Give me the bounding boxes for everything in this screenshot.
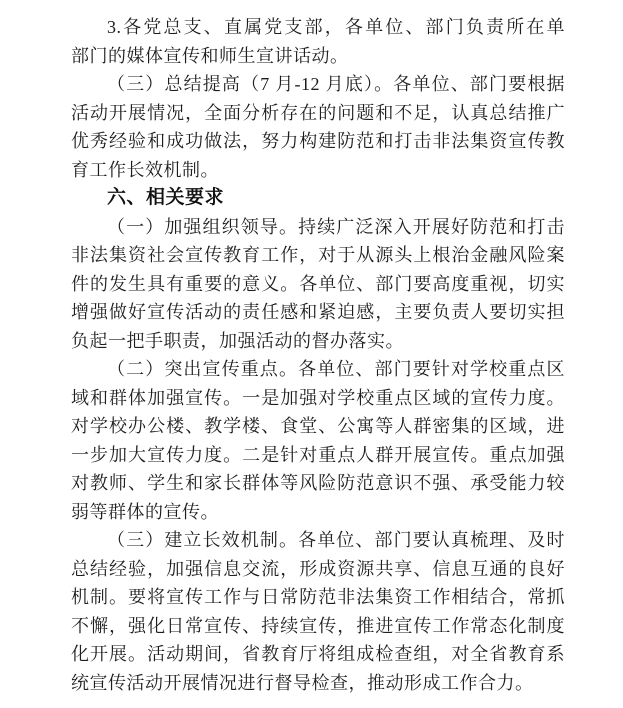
text-line: 优秀经验和成功做法，努力构建防范和打击非法集资宣传教 [71, 127, 565, 156]
text-line: 总结经验，加强信息交流，形成资源共享、信息互通的良好 [71, 555, 565, 584]
section-heading: 六、相关要求 [71, 184, 565, 213]
document-page: 3.各党总支、直属党支部，各单位、部门负责所在单位、部门的媒体宣传和师生宣讲话动… [71, 13, 565, 697]
text-line: 化开展。活动期间，省教育厅将组成检查组，对全省教育系 [71, 640, 565, 669]
text-line: 非法集资社会宣传教育工作，对于从源头上根治金融风险案 [71, 241, 565, 270]
text-line: 对学校办公楼、教学楼、食堂、公寓等人群密集的区域，进 [71, 412, 565, 441]
text-line: 一步加大宣传力度。二是针对重点人群开展宣传。重点加强 [71, 441, 565, 470]
text-line: 统宣传活动开展情况进行督导检查，推动形成工作合力。 [71, 669, 565, 698]
text-line: 弱等群体的宣传。 [71, 498, 565, 527]
text-line: 不懈，强化日常宣传、持续宣传，推进宣传工作常态化制度 [71, 612, 565, 641]
text-line: 对教师、学生和家长群体等风险防范意识不强、承受能力较 [71, 469, 565, 498]
text-line: 负起一把手职责，加强活动的督办落实。 [71, 327, 565, 356]
text-line: （一）加强组织领导。持续广泛深入开展好防范和打击 [71, 213, 565, 242]
text-line: 增强做好宣传活动的责任感和紧迫感，主要负责人要切实担 [71, 298, 565, 327]
text-line: 机制。要将宣传工作与日常防范非法集资工作相结合，常抓 [71, 583, 565, 612]
text-line: 部门的媒体宣传和师生宣讲话动。 [71, 42, 565, 71]
text-line: 3.各党总支、直属党支部，各单位、部门负责所在单位、 [71, 13, 565, 42]
text-line: （三）总结提高（7 月-12 月底）。各单位、部门要根据 [71, 70, 565, 99]
text-line: 育工作长效机制。 [71, 156, 565, 185]
text-line: （三）建立长效机制。各单位、部门要认真梳理、及时 [71, 526, 565, 555]
text-line: 件的发生具有重要的意义。各单位、部门要高度重视，切实 [71, 270, 565, 299]
text-line: 活动开展情况，全面分析存在的问题和不足，认真总结推广 [71, 99, 565, 128]
text-line: （二）突出宣传重点。各单位、部门要针对学校重点区 [71, 355, 565, 384]
text-line: 域和群体加强宣传。一是加强对学校重点区域的宣传力度。 [71, 384, 565, 413]
